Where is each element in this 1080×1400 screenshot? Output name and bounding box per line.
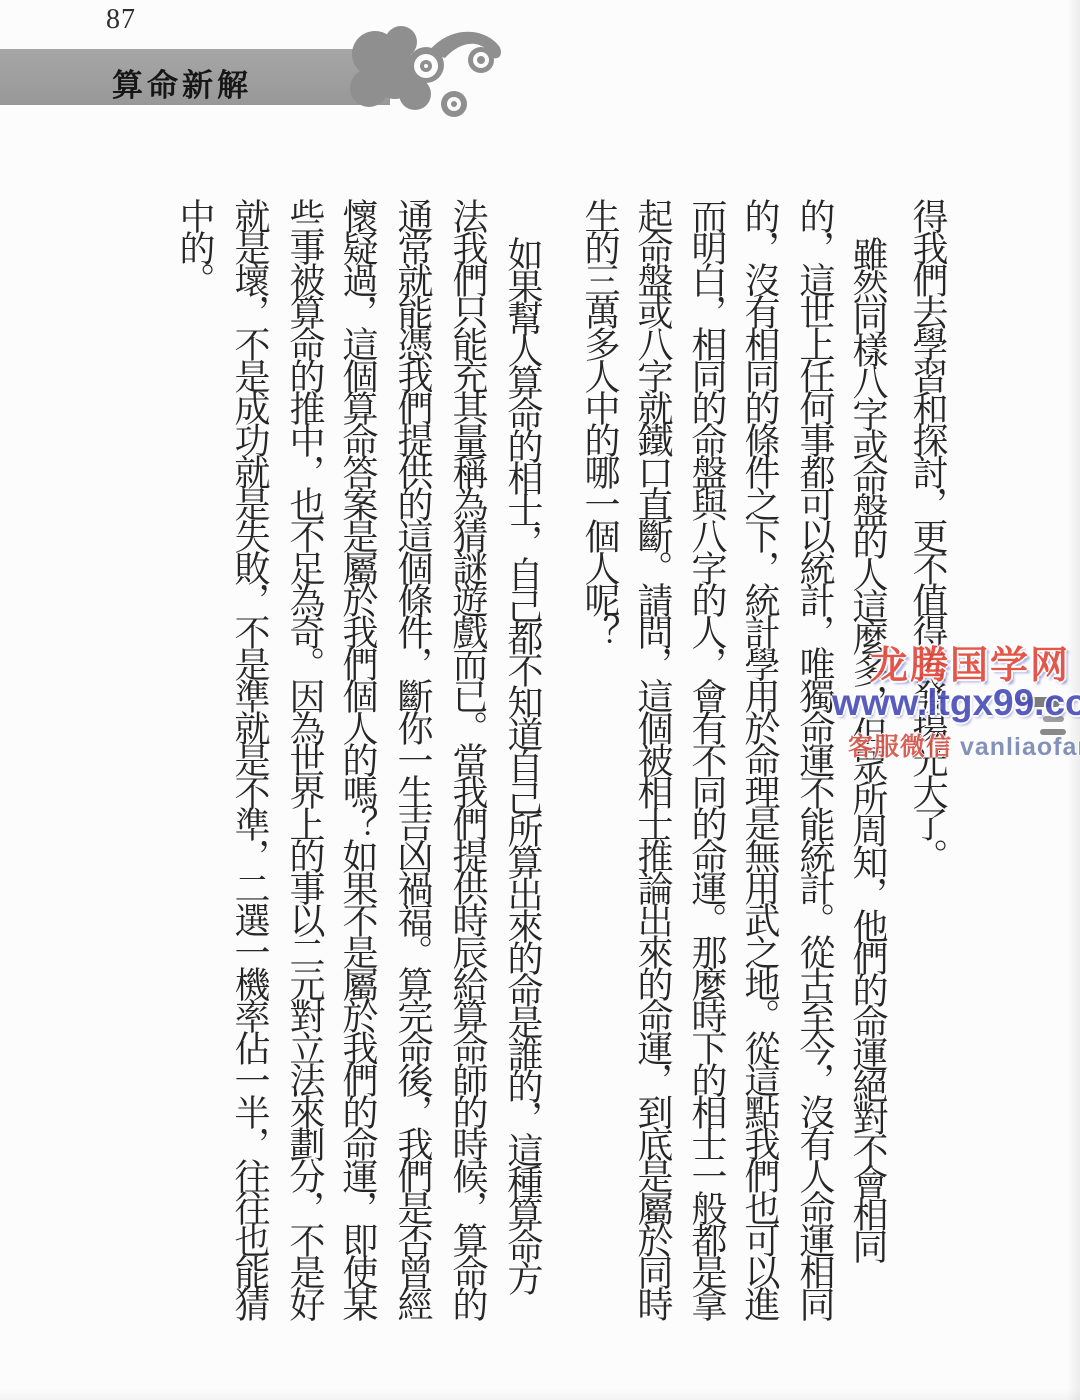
text-column: 而明白，相同的命盤與八字的人，會有不同的命運。那麼時下的相士一般都是拿 (687, 198, 727, 1318)
watermark-contact: 客服微信 vanliaofan225 (848, 727, 1080, 763)
page-number: 87 (106, 4, 136, 36)
text-column: 法我們只能充其量稱為猜謎遊戲而已。當我們提供時辰給算命師的時候，算命的 (448, 198, 488, 1318)
text-column: 得我們去學習和探討，更不值得去發揚光大了。 (908, 198, 948, 870)
text-column: 通常就能憑我們提供的這個條件，斷你一生吉凶禍福。算完命後，我們是否曾經 (393, 198, 433, 1318)
text-column: 些事被算命的推中，也不足為奇。因為世界上的事以二元對立法來劃分，不是好 (285, 198, 325, 1318)
text-column: 懷疑過，這個算命答案是屬於我們個人的嗎？如果不是屬於我們的命運，即使某 (338, 198, 378, 1318)
text-column: 生的三萬多人中的哪一個人呢？ (580, 198, 620, 646)
watermark-url: www.ltgx99.com (832, 682, 1080, 724)
text-column: 的，這世上任何事都可以統計，唯獨命運不能統計。從古至今，沒有人命運相同 (795, 198, 835, 1318)
watermark-contact-id: vanliaofan225 (960, 733, 1080, 761)
watermark-site-name: 龙腾国学网 (870, 634, 1070, 689)
text-column: 如果幫人算命的相士，自己都不知道自己所算出來的命是誰的，這種算命方 (503, 198, 543, 1292)
page-bottom-shadow (0, 1390, 1080, 1400)
text-column: 中的。 (175, 198, 215, 294)
cloud-ornament-icon (333, 20, 508, 124)
watermark-contact-label: 客服微信 (848, 733, 952, 761)
text-column: 就是壞，不是成功就是失敗，不是準就是不準，二選一機率佔一半，往往也能猜 (230, 198, 270, 1318)
book-title: 算命新解 (112, 60, 252, 105)
text-column: 起命盤或八字就鐵口直斷。請問，這個被相士推論出來的命運，到底是屬於同時 (633, 198, 673, 1318)
text-column: 的，沒有相同的條件之下，統計學用於命理是無用武之地。從這點我們也可以進 (740, 198, 780, 1318)
